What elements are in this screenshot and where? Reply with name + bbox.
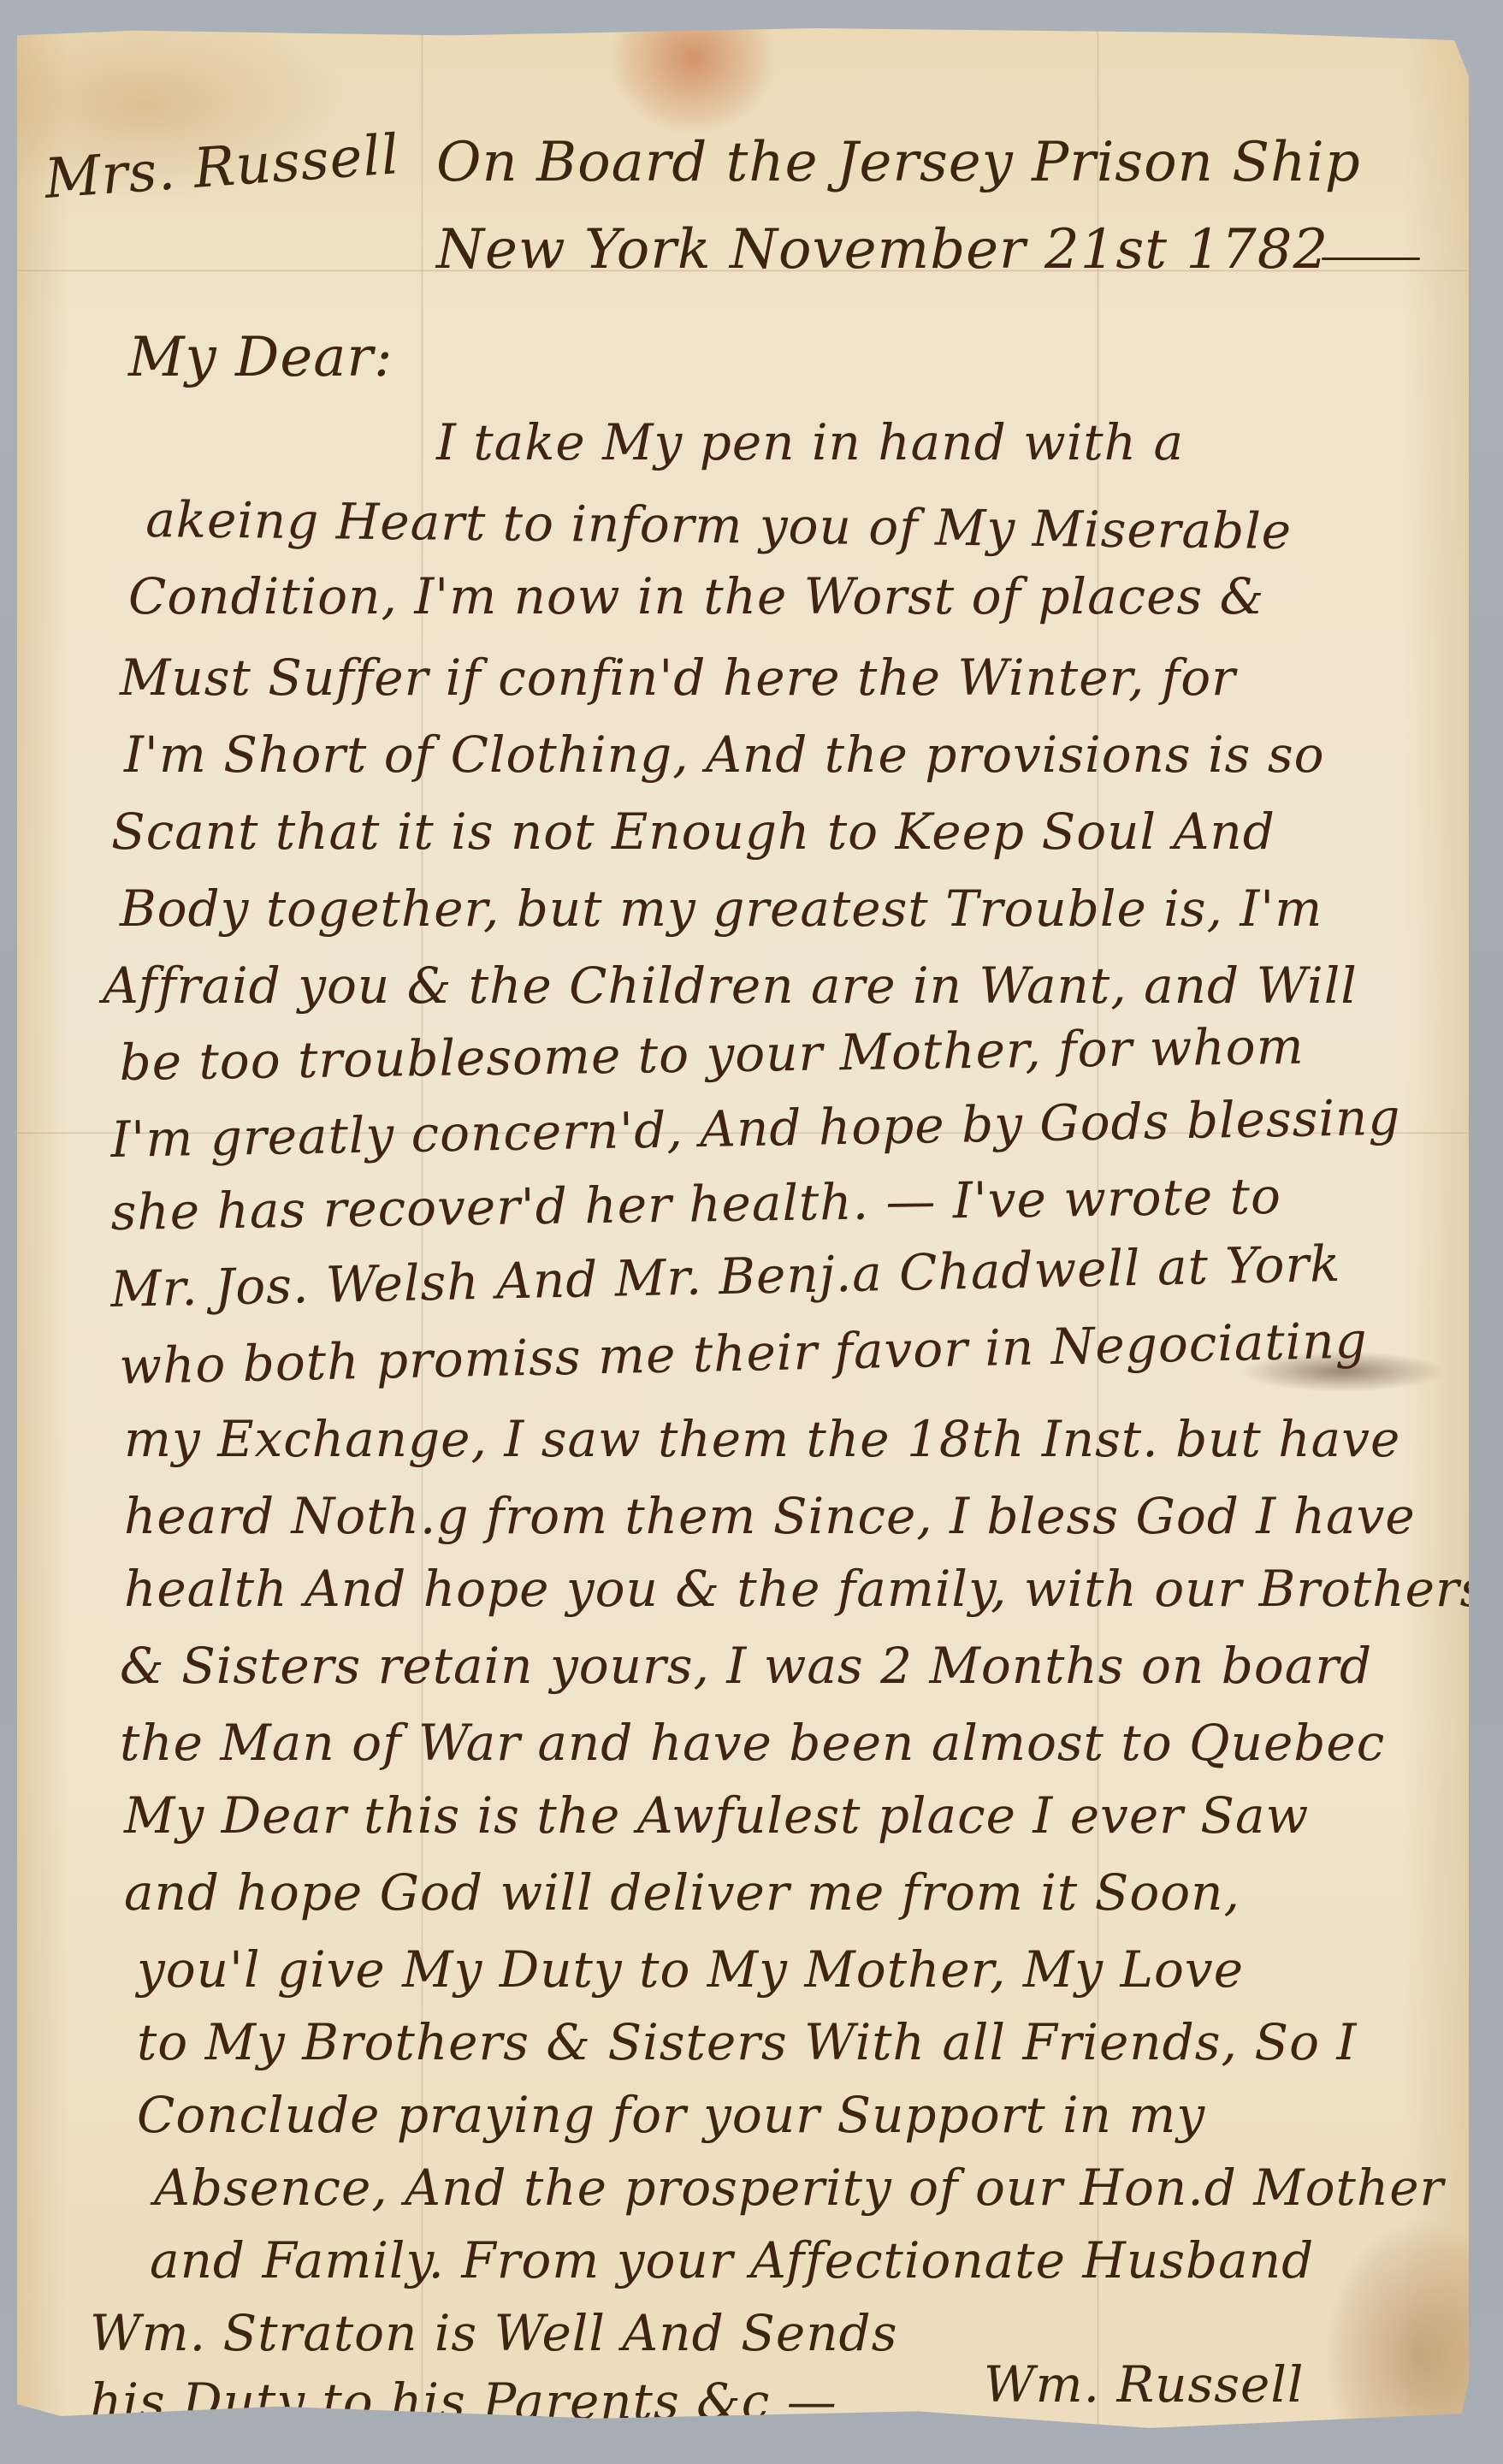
- heading-flourish-dash: [1322, 258, 1420, 260]
- body-line: I'm Short of Clothing, And the provision…: [124, 730, 1325, 779]
- body-line: and Family. From your Affectionate Husba…: [150, 2236, 1314, 2285]
- postscript-line: Wm. Straton is Well And Sends: [90, 2308, 897, 2358]
- addressee-margin-note: Mrs. Russell: [43, 123, 402, 211]
- body-line: I'm greatly concern'd, And hope by Gods …: [110, 1093, 1401, 1164]
- body-line: akeing Heart to inform you of My Miserab…: [145, 495, 1292, 556]
- body-line: who both promiss me their favor in Negoc…: [119, 1315, 1368, 1391]
- body-line: she has recover'd her health. — I've wro…: [110, 1171, 1281, 1237]
- body-line: and hope God will deliver me from it Soo…: [124, 1868, 1240, 1917]
- body-line: Scant that it is not Enough to Keep Soul…: [111, 807, 1275, 856]
- body-line: Body together, but my greatest Trouble i…: [120, 884, 1323, 933]
- body-line: be too troublesome to your Mother, for w…: [119, 1022, 1305, 1087]
- body-line: My Dear this is the Awfulest place I eve…: [124, 1791, 1309, 1840]
- body-line: & Sisters retain yours, I was 2 Months o…: [120, 1641, 1372, 1691]
- body-line: Condition, I'm now in the Worst of place…: [128, 572, 1264, 621]
- body-line: to My Brothers & Sisters With all Friend…: [137, 2017, 1357, 2067]
- body-line: you'l give My Duty to My Mother, My Love: [137, 1945, 1244, 1994]
- letter-heading-date: New York November 21st 1782: [436, 218, 1328, 281]
- body-line: Affraid you & the Children are in Want, …: [103, 961, 1358, 1010]
- body-line: Conclude praying for your Support in my: [137, 2090, 1205, 2140]
- signature: Wm. Russell: [984, 2355, 1304, 2414]
- body-line: Must Suffer if confin'd here the Winter,…: [120, 653, 1236, 702]
- salutation: My Dear:: [128, 326, 394, 389]
- body-line: the Man of War and have been almost to Q…: [120, 1718, 1385, 1768]
- body-line: my Exchange, I saw them the 18th Inst. b…: [124, 1414, 1400, 1464]
- letter-sheet: Mrs. Russell On Board the Jersey Prison …: [17, 28, 1469, 2428]
- body-line: Mr. Jos. Welsh And Mr. Benj.a Chadwell a…: [110, 1239, 1341, 1314]
- body-line: heard Noth.g from them Since, I bless Go…: [124, 1491, 1416, 1541]
- body-line: health And hope you & the family, with o…: [124, 1564, 1486, 1614]
- body-line: Absence, And the prosperity of our Hon.d…: [154, 2163, 1444, 2212]
- body-line: I take My pen in hand with a: [436, 418, 1184, 467]
- letter-heading-location: On Board the Jersey Prison Ship: [436, 131, 1361, 194]
